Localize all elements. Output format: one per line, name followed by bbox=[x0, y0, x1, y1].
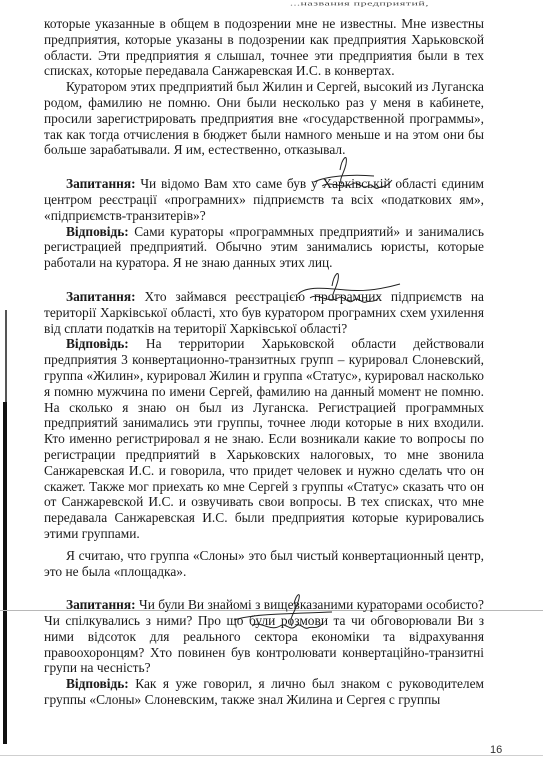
answer-3: Відповідь: Как я уже говорил, я лично бы… bbox=[44, 676, 484, 708]
cut-off-top-line: ...названия предприятий, bbox=[290, 0, 429, 8]
paragraph-continuation: которые указанные в общем в подозрении м… bbox=[44, 16, 484, 79]
answer-1: Відповідь: Сами кураторы «программных пр… bbox=[44, 224, 484, 271]
margin-binding-bar bbox=[3, 402, 7, 744]
signature-icon bbox=[296, 264, 406, 314]
scanned-document-page: ...названия предприятий, которые указанн… bbox=[0, 0, 543, 768]
paragraph-opinion: Я считаю, что группа «Слоны» это был чис… bbox=[44, 548, 484, 580]
margin-binding-line bbox=[5, 310, 7, 402]
signature-icon bbox=[232, 590, 342, 640]
answer-label: Відповідь: bbox=[66, 224, 129, 239]
answer-label: Відповідь: bbox=[66, 336, 129, 351]
answer-label: Відповідь: bbox=[66, 676, 129, 691]
paragraph-curators: Куратором этих предприятий был Жилин и С… bbox=[44, 79, 484, 158]
question-label: Запитання: bbox=[66, 176, 136, 191]
page-number: 16 bbox=[490, 744, 502, 756]
answer-text: На территории Харьковской области действ… bbox=[44, 336, 484, 541]
question-label: Запитання: bbox=[66, 289, 136, 304]
scan-bottom-line bbox=[0, 755, 543, 756]
answer-2: Відповідь: На территории Харьковской обл… bbox=[44, 336, 484, 541]
question-1: Запитання: Чи відомо Вам хто саме був у … bbox=[44, 176, 484, 223]
question-2: Запитання: Хто займався реєстрацією прог… bbox=[44, 289, 484, 336]
signature-icon bbox=[312, 150, 402, 200]
question-label: Запитання: bbox=[66, 597, 136, 612]
